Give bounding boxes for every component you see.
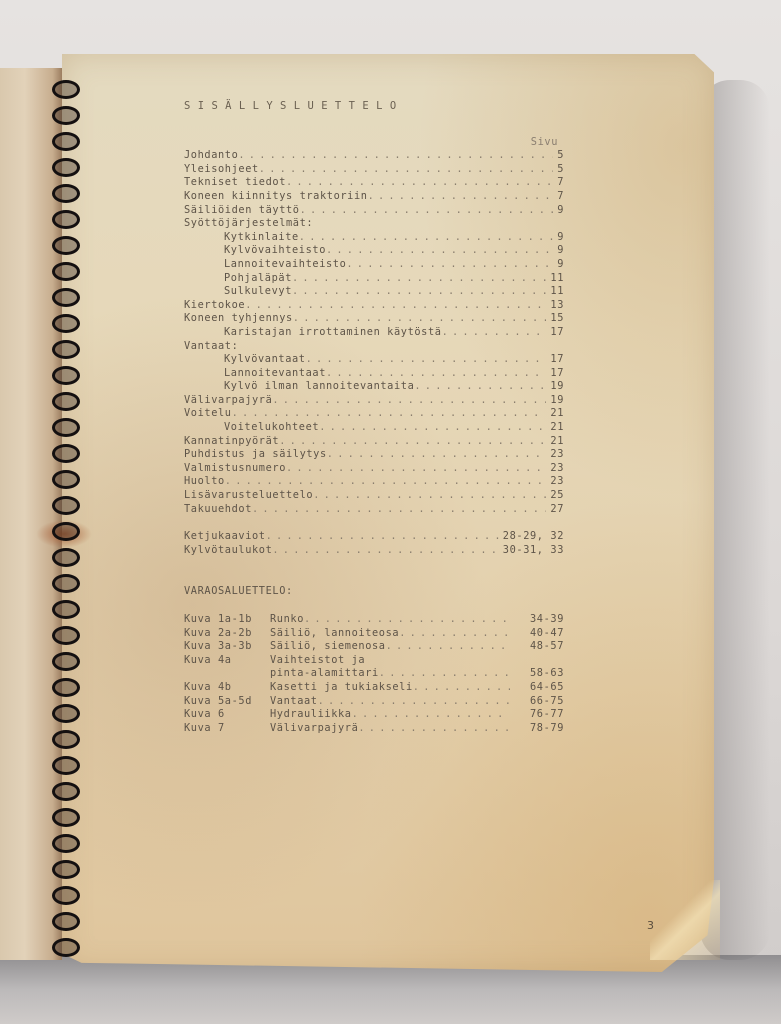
- toc-entry-page: 21: [546, 421, 564, 435]
- binding-coil: [52, 938, 80, 957]
- dot-leader: [352, 708, 510, 722]
- parts-entry: Kuva 5a-5dVantaat66-75: [184, 695, 564, 709]
- parts-entry-label: Runko: [270, 613, 304, 627]
- dot-leader: [300, 204, 554, 218]
- toc-entry-label: Sulkulevyt: [184, 285, 292, 299]
- toc-entry-page: 5: [553, 149, 564, 163]
- toc-entry: Vantaat:: [184, 340, 564, 354]
- dot-leader: [327, 448, 547, 462]
- toc-entry: Voitelu21: [184, 407, 564, 421]
- toc-entry-label: Kannatinpyörät: [184, 435, 279, 449]
- toc-entry: Lannoitevantaat17: [184, 367, 564, 381]
- toc-entry: Kylvövantaat17: [184, 353, 564, 367]
- binding-coil: [52, 158, 80, 177]
- binding-coil: [52, 704, 80, 723]
- dot-leader: [386, 640, 510, 654]
- binding-coil: [52, 418, 80, 437]
- page-title: SISÄLLYSLUETTELO: [184, 100, 564, 114]
- dot-leader: [346, 258, 553, 272]
- figure-ref: Kuva 5a-5d: [184, 695, 270, 709]
- binding-coil: [52, 756, 80, 775]
- figure-ref: Kuva 2a-2b: [184, 627, 270, 641]
- binding-coil: [52, 80, 80, 99]
- binding-coil: [52, 652, 80, 671]
- binding-coil: [52, 106, 80, 125]
- toc-entry-page: 7: [553, 190, 564, 204]
- binding-coil: [52, 886, 80, 905]
- parts-entry-page: 34-39: [510, 613, 564, 627]
- toc-entry-page: 23: [546, 448, 564, 462]
- dot-leader: [304, 613, 510, 627]
- toc-entry-label: Koneen tyhjennys: [184, 312, 293, 326]
- dot-leader: [293, 312, 547, 326]
- binding-coil: [52, 392, 80, 411]
- toc-entry: Kiertokoe13: [184, 299, 564, 313]
- toc-entry-page: 9: [553, 258, 564, 272]
- toc-entry-page: 19: [546, 380, 564, 394]
- toc-entry: Säiliöiden täyttö9: [184, 204, 564, 218]
- dot-leader: [259, 163, 553, 177]
- dot-leader: [368, 190, 554, 204]
- figure-ref: Kuva 3a-3b: [184, 640, 270, 654]
- toc-entry: Kytkinlaite9: [184, 231, 564, 245]
- dot-leader: [319, 421, 546, 435]
- toc-entry-page: 9: [553, 204, 564, 218]
- toc-entry-label: Kylvövantaat: [184, 353, 306, 367]
- toc-entry-page: 25: [546, 489, 564, 503]
- toc-entry: Lannoitevaihteisto9: [184, 258, 564, 272]
- dot-leader: [272, 394, 546, 408]
- toc-entry-label: Puhdistus ja säilytys: [184, 448, 327, 462]
- dot-leader: [442, 326, 547, 340]
- parts-entry: Kuva 6Hydrauliikka76-77: [184, 708, 564, 722]
- dot-leader: [266, 530, 499, 544]
- dot-leader: [238, 149, 553, 163]
- dot-leader: [326, 367, 546, 381]
- dot-leader: [299, 231, 553, 245]
- toc-entry-label: Vantaat:: [184, 340, 238, 354]
- toc-entry: Voitelukohteet21: [184, 421, 564, 435]
- toc-entry-page: 9: [553, 244, 564, 258]
- dot-leader: [279, 435, 546, 449]
- toc-entry-label: Kiertokoe: [184, 299, 245, 313]
- toc-entry: Huolto23: [184, 475, 564, 489]
- dot-leader: [245, 299, 546, 313]
- parts-list: Kuva 1a-1bRunko34-39Kuva 2a-2bSäiliö, la…: [184, 613, 564, 735]
- binding-coil: [52, 184, 80, 203]
- binding-coil: [52, 808, 80, 827]
- binding-coil: [52, 366, 80, 385]
- toc-entry-label: Kylvö ilman lannoitevantaita: [184, 380, 414, 394]
- parts-entry-label: pinta-alamittari: [270, 667, 379, 681]
- toc-entry: Pohjaläpät11: [184, 272, 564, 286]
- toc-entry-label: Voitelukohteet: [184, 421, 319, 435]
- figure-ref: Kuva 1a-1b: [184, 613, 270, 627]
- toc-entry: Sulkulevyt11: [184, 285, 564, 299]
- parts-entry: Kuva 4aVaihteistot ja: [184, 654, 564, 668]
- dot-leader: [326, 244, 553, 258]
- toc-entry-label: Voitelu: [184, 407, 232, 421]
- toc-entry-page: 28-29, 32: [499, 530, 564, 544]
- parts-entry-page: 78-79: [510, 722, 564, 736]
- toc-entry-page: 21: [546, 407, 564, 421]
- parts-entry-label: Säiliö, siemenosa: [270, 640, 386, 654]
- toc-entry-page: 23: [546, 462, 564, 476]
- figure-ref: Kuva 6: [184, 708, 270, 722]
- toc-entry: Syöttöjärjestelmät:: [184, 217, 564, 231]
- binding-coil: [52, 288, 80, 307]
- binding-coil: [52, 262, 80, 281]
- binding-coil: [52, 834, 80, 853]
- toc-entry-label: Kylvövaihteisto: [184, 244, 326, 258]
- toc-entry-label: Ketjukaaviot: [184, 530, 266, 544]
- dot-leader: [399, 627, 510, 641]
- parts-entry-page: 48-57: [510, 640, 564, 654]
- page-number: 3: [647, 919, 654, 932]
- toc-entry: Ketjukaaviot28-29, 32: [184, 530, 564, 544]
- binding-coil: [52, 132, 80, 151]
- toc-entry-page: 11: [546, 285, 564, 299]
- dot-leader: [318, 695, 510, 709]
- figure-ref: Kuva 7: [184, 722, 270, 736]
- toc-entry: Kylvö ilman lannoitevantaita19: [184, 380, 564, 394]
- toc-entry: Puhdistus ja säilytys23: [184, 448, 564, 462]
- parts-entry: pinta-alamittari58-63: [184, 667, 564, 681]
- toc-list: Johdanto5Yleisohjeet5Tekniset tiedot7Kon…: [184, 149, 564, 516]
- parts-entry-label: Kasetti ja tukiakseli: [270, 681, 413, 695]
- dot-leader: [292, 272, 546, 286]
- toc-entry: Johdanto5: [184, 149, 564, 163]
- dot-leader: [286, 176, 553, 190]
- toc-entry-page: 30-31, 33: [499, 544, 564, 558]
- parts-entry: Kuva 1a-1bRunko34-39: [184, 613, 564, 627]
- binding-coil: [52, 860, 80, 879]
- parts-entry-label: Välivarpajyrä: [270, 722, 358, 736]
- dot-leader: [252, 503, 546, 517]
- parts-entry-page: 58-63: [510, 667, 564, 681]
- toc-entry: Yleisohjeet5: [184, 163, 564, 177]
- binding-coil: [52, 522, 80, 541]
- toc-entry-label: Lannoitevantaat: [184, 367, 326, 381]
- toc-entry-page: 17: [546, 367, 564, 381]
- toc-entry-page: 9: [553, 231, 564, 245]
- toc-entry-label: Koneen kiinnitys traktoriin: [184, 190, 368, 204]
- toc-entry-label: Karistajan irrottaminen käytöstä: [184, 326, 442, 340]
- dot-leader: [306, 353, 547, 367]
- figure-ref: Kuva 4b: [184, 681, 270, 695]
- parts-entry-page: 66-75: [510, 695, 564, 709]
- toc-entry-label: Yleisohjeet: [184, 163, 259, 177]
- toc-entry-label: Syöttöjärjestelmät:: [184, 217, 313, 231]
- toc-entry: Takuuehdot27: [184, 503, 564, 517]
- toc-entry-page: 23: [546, 475, 564, 489]
- binding-coil: [52, 600, 80, 619]
- toc-entry-label: Johdanto: [184, 149, 238, 163]
- toc-entry: Välivarpajyrä19: [184, 394, 564, 408]
- toc-entry-label: Lisävarusteluettelo: [184, 489, 313, 503]
- toc-entry-page: 13: [546, 299, 564, 313]
- parts-entry-label: Säiliö, lannoiteosa: [270, 627, 399, 641]
- dot-leader: [272, 544, 498, 558]
- toc-entry-label: Huolto: [184, 475, 225, 489]
- binding-coil: [52, 470, 80, 489]
- toc-entry-label: Pohjaläpät: [184, 272, 292, 286]
- toc-entry: Valmistusnumero23: [184, 462, 564, 476]
- toc-entry: Tekniset tiedot7: [184, 176, 564, 190]
- parts-entry: Kuva 7Välivarpajyrä78-79: [184, 722, 564, 736]
- binding-coil: [52, 730, 80, 749]
- dot-leader: [286, 462, 546, 476]
- toc-entry-label: Lannoitevaihteisto: [184, 258, 346, 272]
- parts-entry: Kuva 3a-3bSäiliö, siemenosa48-57: [184, 640, 564, 654]
- page-column-header: Sivu: [184, 136, 564, 150]
- table-of-contents: SISÄLLYSLUETTELO Sivu Johdanto5Yleisohje…: [184, 100, 564, 735]
- parts-title: VARAOSALUETTELO:: [184, 585, 564, 599]
- toc-entry-page: 17: [546, 326, 564, 340]
- binding-coil: [52, 626, 80, 645]
- toc-entry-label: Välivarpajyrä: [184, 394, 272, 408]
- toc-entry-page: 11: [546, 272, 564, 286]
- toc-entry-label: Takuuehdot: [184, 503, 252, 517]
- binding-coil: [52, 678, 80, 697]
- parts-entry-page: 76-77: [510, 708, 564, 722]
- toc-entry: Lisävarusteluettelo25: [184, 489, 564, 503]
- dot-leader: [414, 380, 546, 394]
- figure-ref: Kuva 4a: [184, 654, 270, 668]
- dot-leader: [379, 667, 510, 681]
- toc-entry-page: 27: [546, 503, 564, 517]
- dot-leader: [358, 722, 510, 736]
- dot-leader: [232, 407, 547, 421]
- dot-leader: [225, 475, 547, 489]
- toc-entry-page: 17: [546, 353, 564, 367]
- binding-coil: [52, 314, 80, 333]
- dot-leader: [313, 489, 546, 503]
- toc-entry-label: Kylvötaulukot: [184, 544, 272, 558]
- parts-entry-label: Vaihteistot ja: [270, 654, 365, 668]
- binding-coil: [52, 496, 80, 515]
- binding-coil: [52, 340, 80, 359]
- binding-coil: [52, 912, 80, 931]
- spiral-binding: [44, 75, 84, 955]
- toc-entry-page: 21: [546, 435, 564, 449]
- toc-entry-label: Tekniset tiedot: [184, 176, 286, 190]
- parts-entry: Kuva 2a-2bSäiliö, lannoiteosa40-47: [184, 627, 564, 641]
- toc-entry: Kylvötaulukot30-31, 33: [184, 544, 564, 558]
- parts-entry: Kuva 4bKasetti ja tukiakseli64-65: [184, 681, 564, 695]
- parts-entry-label: Vantaat: [270, 695, 318, 709]
- parts-entry-label: Hydrauliikka: [270, 708, 352, 722]
- binding-coil: [52, 210, 80, 229]
- extras-list: Ketjukaaviot28-29, 32Kylvötaulukot30-31,…: [184, 530, 564, 557]
- toc-entry-page: 7: [553, 176, 564, 190]
- toc-entry-label: Valmistusnumero: [184, 462, 286, 476]
- dot-leader: [292, 285, 546, 299]
- toc-entry: Koneen kiinnitys traktoriin7: [184, 190, 564, 204]
- parts-entry-page: 64-65: [510, 681, 564, 695]
- toc-entry-label: Kytkinlaite: [184, 231, 299, 245]
- binding-coil: [52, 574, 80, 593]
- binding-coil: [52, 782, 80, 801]
- toc-entry: Kannatinpyörät21: [184, 435, 564, 449]
- parts-entry-page: 40-47: [510, 627, 564, 641]
- binding-coil: [52, 236, 80, 255]
- dot-leader: [413, 681, 510, 695]
- toc-entry: Kylvövaihteisto9: [184, 244, 564, 258]
- toc-entry-page: 5: [553, 163, 564, 177]
- toc-entry-page: 15: [546, 312, 564, 326]
- toc-entry: Koneen tyhjennys15: [184, 312, 564, 326]
- binding-coil: [52, 548, 80, 567]
- toc-entry-page: 19: [546, 394, 564, 408]
- binding-coil: [52, 444, 80, 463]
- toc-entry-label: Säiliöiden täyttö: [184, 204, 300, 218]
- toc-entry: Karistajan irrottaminen käytöstä17: [184, 326, 564, 340]
